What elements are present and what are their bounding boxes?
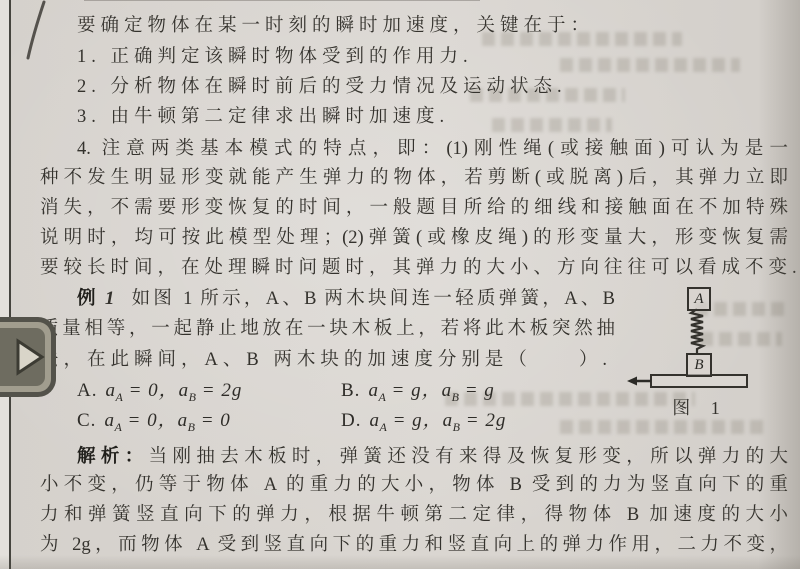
option-a: A.aA = 0，aB = 2g bbox=[77, 379, 242, 405]
para4-line-2: 种不发生明显形变就能产生弹力的物体，若剪断(或脱离)后，其弹力立即 bbox=[40, 165, 788, 192]
block-a: A bbox=[687, 287, 711, 311]
option-b: B.aA = g，aB = g bbox=[341, 379, 495, 405]
scan-top-line bbox=[84, 0, 480, 1]
page-bottom-shadow bbox=[0, 555, 800, 569]
option-d: D.aA = g，aB = 2g bbox=[341, 409, 506, 435]
para4-line-3: 消失，不需要形变恢复的时间，一般题目所给的细线和接触面在不加特殊 bbox=[40, 195, 788, 222]
intro-line: 要确定物体在某一时刻的瞬时加速度，关键在于： bbox=[40, 13, 788, 40]
para4-line-4: 说明时，均可按此模型处理；(2)弹簧(或橡皮绳)的形变量大，形变恢复需 bbox=[40, 225, 788, 252]
solution-line-2: 小不变，仍等于物体 A 的重力的大小，物体 B 受到的力为竖直向下的重 bbox=[40, 472, 788, 499]
example-line-2: 质量相等，一起静止地放在一块木板上，若将此木板突然抽 bbox=[40, 316, 615, 343]
option-c: C.aA = 0，aB = 0 bbox=[77, 409, 231, 435]
example-label: 例 bbox=[77, 289, 99, 309]
block-b: B bbox=[686, 353, 712, 377]
page-right-shadow bbox=[758, 0, 800, 569]
page-left-edge bbox=[0, 0, 9, 569]
arrow-head bbox=[627, 377, 637, 386]
figure-caption: 图 1 bbox=[652, 394, 748, 418]
list-item-3: 3. 由牛顿第二定律求出瞬时加速度. bbox=[40, 104, 788, 131]
example-number: 1 bbox=[105, 288, 115, 309]
solution-line-1: 解析：当刚抽去木板时，弹簧还没有来得及恢复形变，所以弹力的大 bbox=[40, 444, 788, 471]
list-item-2: 2. 分析物体在瞬时前后的受力情况及运动状态. bbox=[40, 74, 788, 101]
clip-triangle-icon bbox=[0, 317, 56, 397]
example-text: 如图 1 所示，A、B 两木块间连一轻质弹簧，A、B bbox=[128, 289, 615, 309]
para4-line-5: 要较长时间，在处理瞬时问题时，其弹力的大小、方向往往可以看成不变. bbox=[40, 255, 788, 282]
para4-line-1: 4. 注意两类基本模式的特点，即：(1)刚性绳(或接触面)可认为是一 bbox=[40, 136, 788, 163]
scanned-textbook-page: 要确定物体在某一时刻的瞬时加速度，关键在于： 1. 正确判定该瞬时物体受到的作用… bbox=[0, 0, 800, 569]
solution-label: 解析： bbox=[77, 447, 149, 467]
list-item-1: 1. 正确判定该瞬时物体受到的作用力. bbox=[40, 44, 788, 71]
binder-clip-icon bbox=[0, 317, 56, 397]
solution-line-3: 力和弹簧竖直向下的弹力，根据牛顿第二定律，得物体 B 加速度的大小 bbox=[40, 502, 788, 529]
example-line-1: 例1如图 1 所示，A、B 两木块间连一轻质弹簧，A、B bbox=[40, 286, 615, 313]
margin-rule-line bbox=[9, 0, 11, 569]
spring-icon bbox=[691, 309, 703, 353]
